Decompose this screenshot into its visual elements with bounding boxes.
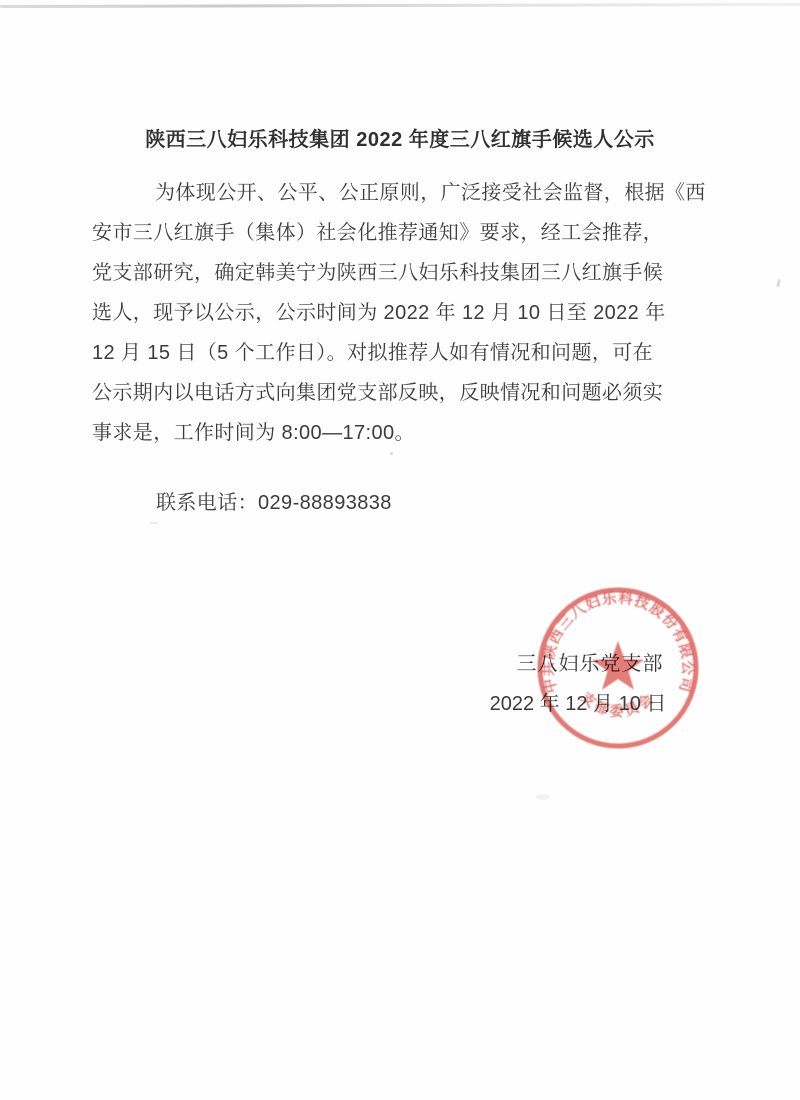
contact-phone: 联系电话：029-88893838 [156, 486, 392, 515]
body-line: 为体现公开、公平、公正原则，广泛接受社会监督，根据《西 [92, 173, 712, 213]
scan-speck [536, 794, 550, 800]
body-line: 事求是，工作时间为 8:00—17:00。 [92, 413, 712, 453]
body-line: 安市三八红旗手（集体）社会化推荐通知》要求，经工会推荐， [92, 213, 712, 253]
body-line: 选人，现予以公示，公示时间为 2022 年 12 月 10 日至 2022 年 [92, 293, 712, 333]
scan-artifact-top-edge [0, 3, 800, 8]
document-page: 陕西三八妇乐科技集团 2022 年度三八红旗手候选人公示 为体现公开、公平、公正… [0, 0, 800, 1100]
seal-arc-text: 中共陕西三八妇乐科技股份有限公司 [539, 589, 696, 695]
announcement-body: 为体现公开、公平、公正原则，广泛接受社会监督，根据《西 安市三八红旗手（集体）社… [92, 173, 712, 453]
scan-speck [776, 279, 781, 287]
signature-org: 三八妇乐党支部 [505, 647, 675, 676]
body-line: 12 月 15 日（5 个工作日）。对拟推荐人如有情况和问题，可在 [92, 333, 712, 373]
body-line: 公示期内以电话方式向集团党支部反映，反映情况和问题必须实 [92, 373, 712, 413]
scan-speck [150, 522, 158, 524]
body-line: 党支部研究，确定韩美宁为陕西三八妇乐科技集团三八红旗手候 [92, 253, 712, 293]
signature-date: 2022 年 12 月 10 日 [488, 687, 668, 716]
page-title: 陕西三八妇乐科技集团 2022 年度三八红旗手候选人公示 [0, 123, 800, 152]
